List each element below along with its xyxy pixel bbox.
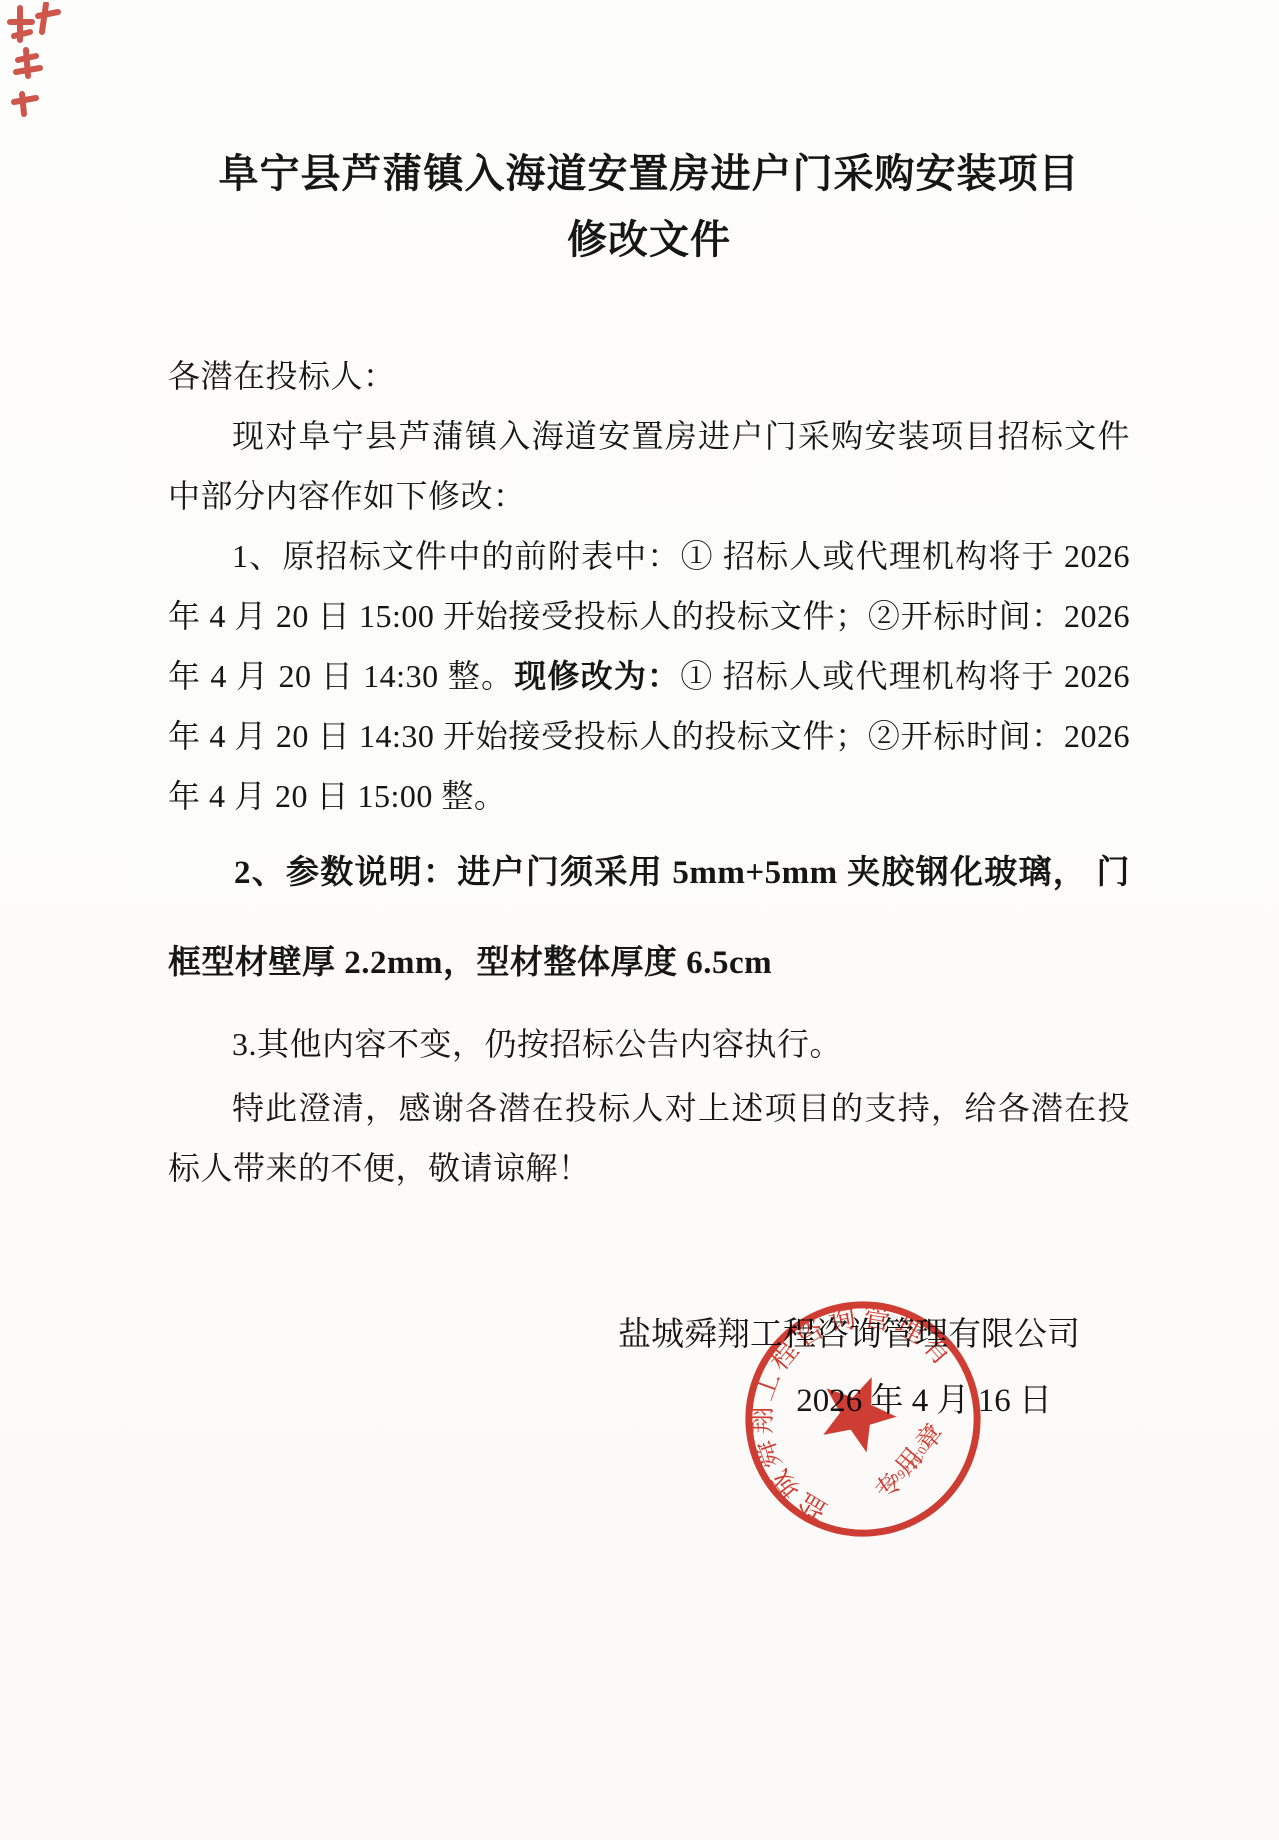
letter-body: 各潜在投标人： 现对阜宁县芦蒲镇入海道安置房进户门采购安装项目招标文件中部分内容…	[168, 346, 1130, 1434]
scanned-document-page: { "document": { "title_line1": "阜宁县芦蒲镇入海…	[0, 0, 1279, 1840]
title-line-2: 修改文件	[168, 214, 1130, 266]
paragraph-item-3: 3.其他内容不变，仍按招标公告内容执行。	[168, 1014, 1130, 1074]
signature-company: 盐城舜翔工程咨询管理有限公司	[168, 1302, 1130, 1368]
paragraph-intro: 现对阜宁县芦蒲镇入海道安置房进户门采购安装项目招标文件中部分内容作如下修改：	[168, 406, 1130, 526]
paragraph-closing: 特此澄清，感谢各潜在投标人对上述项目的支持，给各潜在投标人带来的不便，敬请谅解！	[168, 1078, 1130, 1198]
item1-bold-emphasis: 现修改为：	[514, 658, 680, 694]
paragraph-item-2: 2、参数说明：进户门须采用 5mm+5mm 夹胶钢化玻璃， 门框型材壁厚 2.2…	[168, 828, 1130, 1008]
signature-date: 2026 年 4 月 16 日	[168, 1368, 1130, 1434]
title-line-1: 阜宁县芦蒲镇入海道安置房进户门采购安装项目	[219, 151, 1080, 196]
salutation: 各潜在投标人：	[168, 346, 1130, 406]
paragraph-item-1: 1、原招标文件中的前附表中：① 招标人或代理机构将于 2026 年 4 月 20…	[168, 526, 1130, 826]
document-title: 阜宁县芦蒲镇入海道安置房进户门采购安装项目 修改文件	[168, 148, 1130, 266]
document-body: 阜宁县芦蒲镇入海道安置房进户门采购安装项目 修改文件 各潜在投标人： 现对阜宁县…	[0, 0, 1279, 1434]
signature-block: 盐城舜翔工程咨询管理有限公司 2026 年 4 月 16 日	[168, 1302, 1130, 1434]
page-background: 阜宁县芦蒲镇入海道安置房进户门采购安装项目 修改文件 各潜在投标人： 现对阜宁县…	[0, 0, 1279, 1840]
